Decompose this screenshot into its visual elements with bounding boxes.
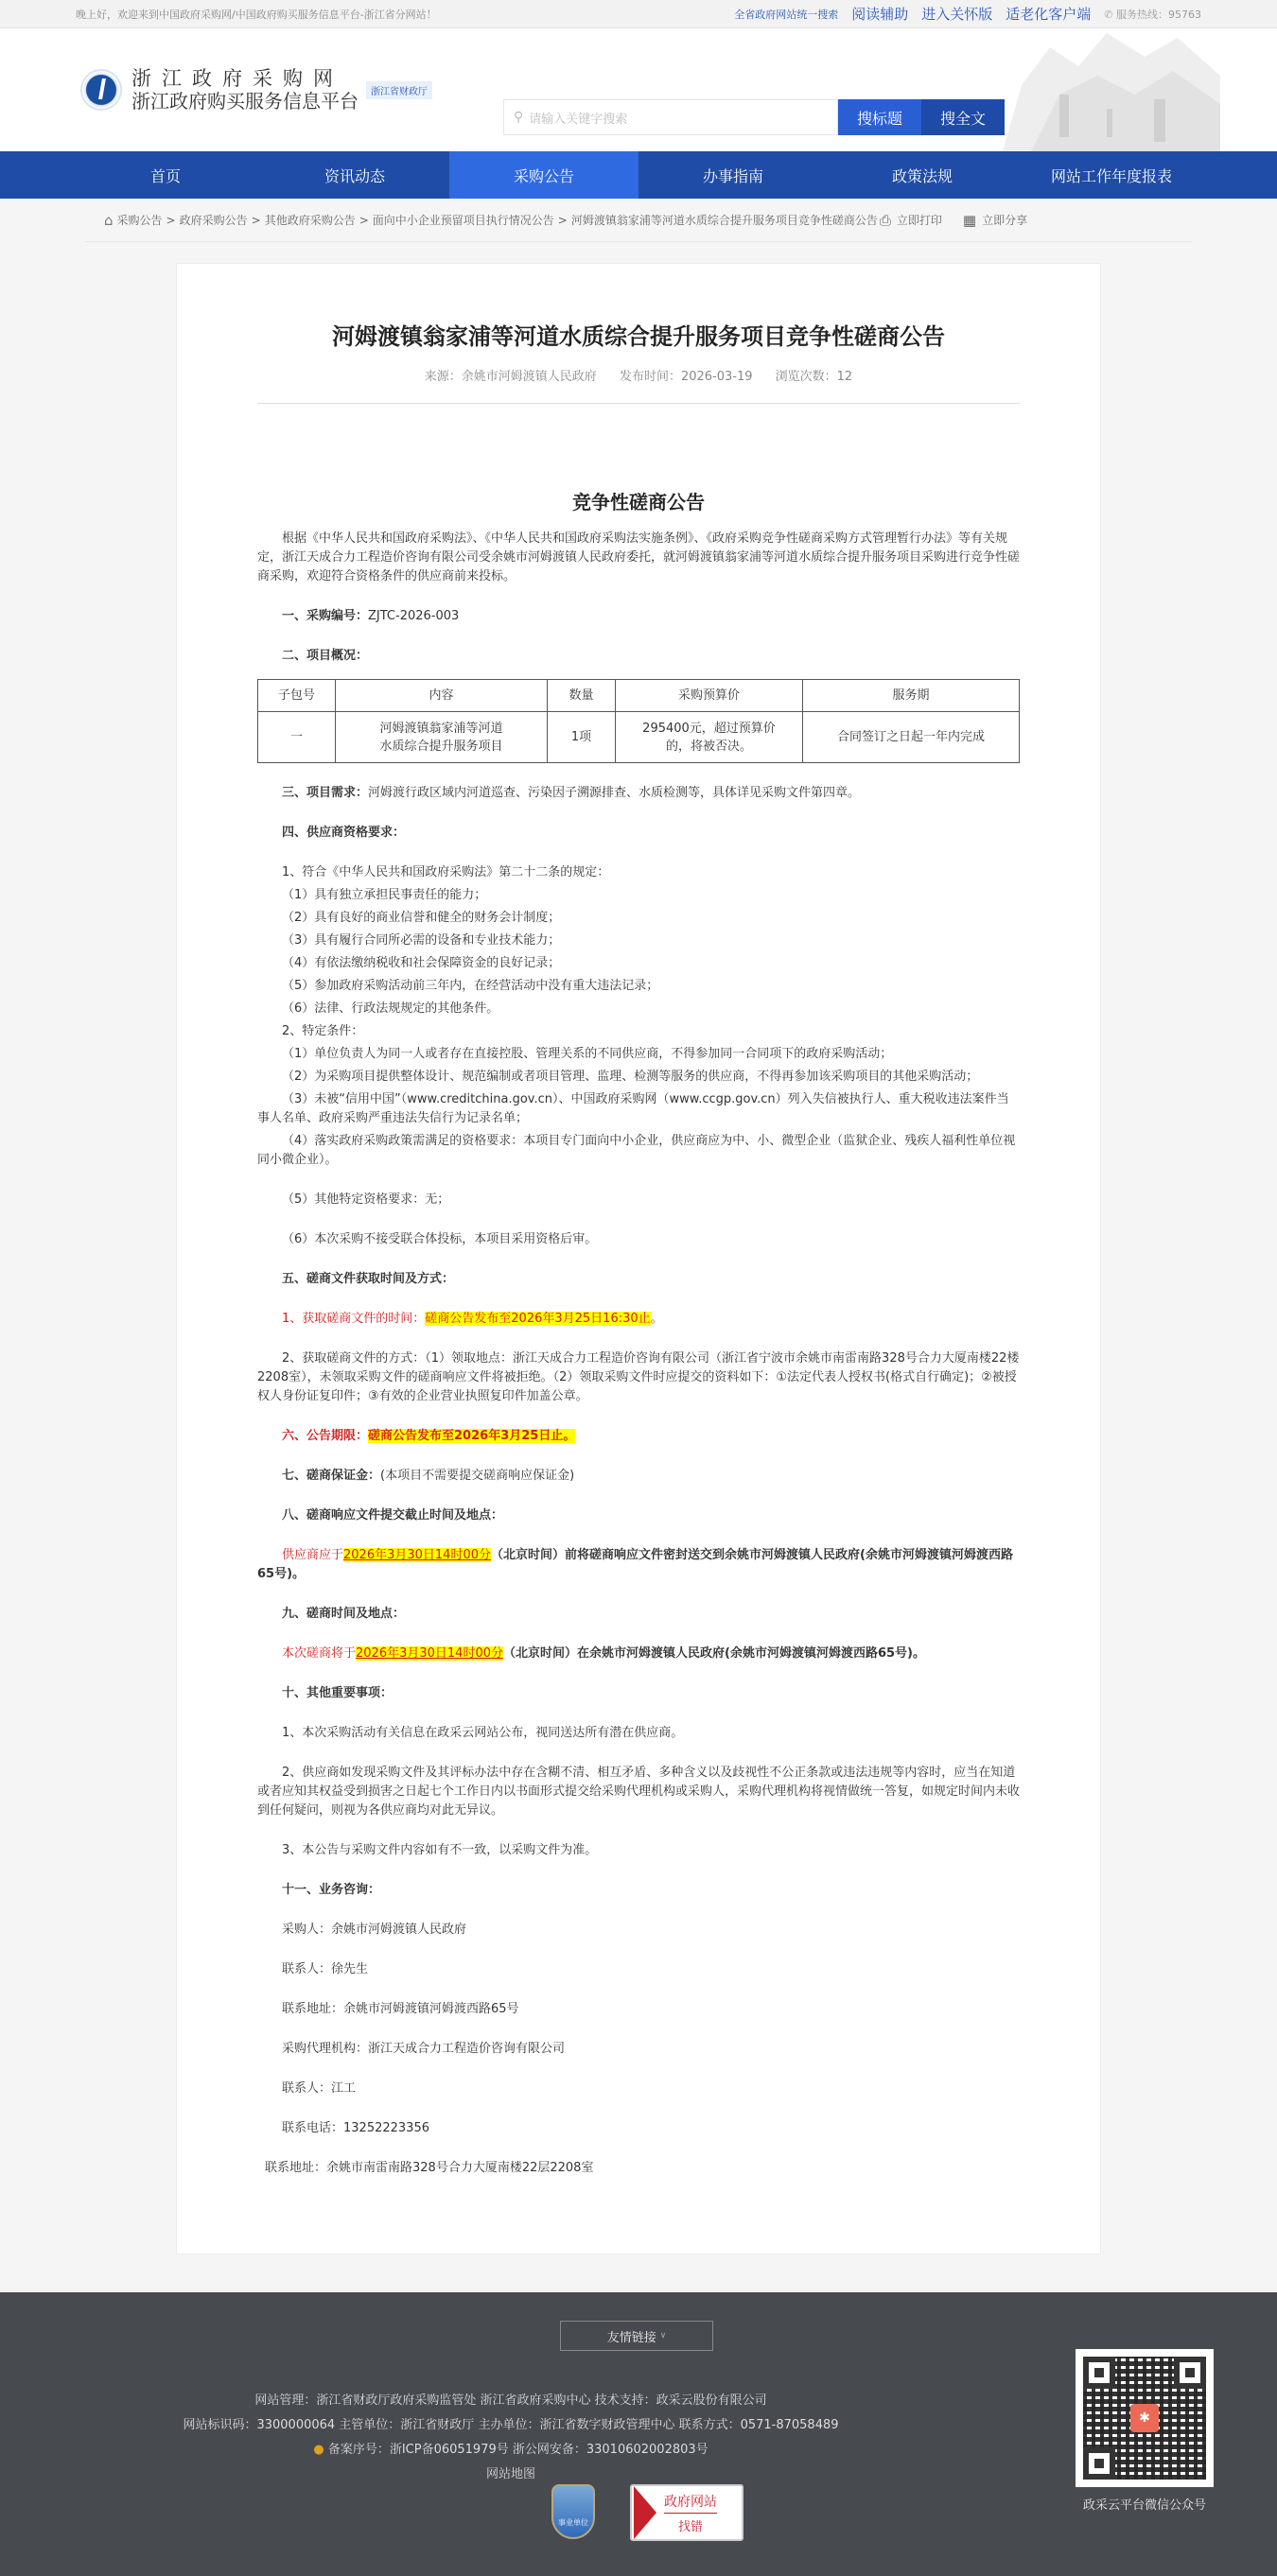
article-meta: 来源：余姚市河姆渡镇人民政府 发布时间：2026-03-19 浏览次数：12 [257, 366, 1020, 404]
nav-procurement[interactable]: 采购公告 [449, 151, 638, 199]
province-search-link[interactable]: 全省政府网站统一搜索 [734, 7, 838, 22]
qr-label: 政采云平台微信公众号 [1059, 2495, 1230, 2513]
nav-annual-report[interactable]: 网站工作年度报表 [1017, 151, 1206, 199]
section-qualification-heading: 四、供应商资格要求： [257, 824, 1020, 843]
magnifier-icon [634, 2486, 656, 2539]
list-item: （1）单位负责人为同一人或者存在直接控股、管理关系的不同供应商，不得参加同一合同… [257, 1045, 1020, 1064]
table-row: 一 河姆渡镇翁家浦等河道水质综合提升服务项目 1项 295400元，超过预算价的… [258, 712, 1020, 763]
table-header: 子包号 [258, 680, 336, 712]
table-cell: 合同签订之日起一年内完成 [803, 712, 1020, 763]
nav-home[interactable]: 首页 [71, 151, 260, 199]
print-button[interactable]: ⎙立即打印 [880, 212, 942, 229]
table-header-row: 子包号 内容 数量 采购预算价 服务期 [258, 680, 1020, 712]
home-icon[interactable]: ⌂ [104, 212, 114, 229]
special-conditions-heading: 2、特定条件： [257, 1022, 1020, 1041]
footer-info: 网站管理：浙江省财政厅政府采购监管处 浙江省政府采购中心 技术支持：政采云股份有… [0, 2389, 1022, 2487]
table-header: 采购预算价 [616, 680, 803, 712]
table-cell: 一 [258, 712, 336, 763]
section-overview-heading: 二、项目概况： [257, 647, 1020, 666]
list-item: 3、本公告与采购文件内容如有不一致，以采购文件为准。 [257, 1841, 1020, 1860]
intro-paragraph: 根据《中华人民共和国政府采购法》、《中华人民共和国政府采购法实施条例》、《政府采… [257, 530, 1020, 586]
friend-links-dropdown[interactable]: 友情链接∨ [560, 2321, 713, 2351]
site-footer: 友情链接∨ 网站管理：浙江省财政厅政府采购监管处 浙江省政府采购中心 技术支持：… [0, 2292, 1277, 2576]
top-bar: 晚上好，欢迎来到中国政府采购网/中国政府购买服务信息平台-浙江省分网站！ 全省政… [0, 0, 1277, 28]
nav-news[interactable]: 资讯动态 [260, 151, 449, 199]
list-item: （4）有依法缴纳税收和社会保障资金的良好记录； [282, 954, 1020, 973]
main-nav: 首页 资讯动态 采购公告 办事指南 政策法规 网站工作年度报表 [0, 151, 1277, 199]
list-item: （1）具有独立承担民事责任的能力； [282, 886, 1020, 905]
list-item: （2）具有良好的商业信誉和健全的财务会计制度； [282, 909, 1020, 928]
section-other-matters-heading: 十、其他重要事项： [257, 1684, 1020, 1703]
table-header: 服务期 [803, 680, 1020, 712]
breadcrumb-separator: > [166, 214, 176, 227]
search-input[interactable]: ⚲ 请输入关键字搜索 [503, 99, 838, 135]
qr-code-icon: ✱ [1083, 2357, 1206, 2480]
section-document-acquisition-heading: 五、磋商文件获取时间及方式： [257, 1270, 1020, 1289]
breadcrumb-item[interactable]: 政府采购公告 [180, 212, 248, 228]
logo-subtitle: 浙江政府购买服务信息平台 [131, 90, 359, 113]
section-requirements: 三、项目需求：河姆渡行政区域内河道巡查、污染因子溯源排查、水质检测等，具体详见采… [257, 784, 1020, 803]
contact-line: 联系地址：余姚市河姆渡镇河姆渡西路65号 [257, 2000, 1020, 2019]
submission-details: 供应商应于2026年3月30日14时00分（北京时间）前将磋商响应文件密封送交到… [257, 1546, 1020, 1584]
breadcrumb: ⌂ 采购公告> 政府采购公告> 其他政府采购公告> 面向中小企业预留项目执行情况… [85, 199, 1192, 242]
breadcrumb-separator: > [558, 214, 568, 227]
police-emblem-icon: ● [313, 2443, 324, 2457]
list-item: （2）为采购项目提供整体设计、规范编制或者项目管理、监理、检测等服务的供应商，不… [257, 1068, 1020, 1087]
general-conditions-list: （1）具有独立承担民事责任的能力； （2）具有良好的商业信誉和健全的财务会计制度… [257, 886, 1020, 1018]
article-source: 来源：余姚市河姆渡镇人民政府 [425, 370, 597, 384]
share-button[interactable]: ▦立即分享 [963, 212, 1027, 229]
breadcrumb-item[interactable]: 采购公告 [117, 212, 163, 228]
search-fulltext-button[interactable]: 搜全文 [921, 99, 1005, 135]
article-actions: ⎙立即打印 ▦立即分享 [880, 212, 1027, 229]
section-deposit: 七、磋商保证金：(本项目不需要提交磋商响应保证金) [257, 1467, 1020, 1486]
logo-title: 浙江政府采购网 [131, 67, 359, 90]
article-card: 河姆渡镇翁家浦等河道水质综合提升服务项目竞争性磋商公告 来源：余姚市河姆渡镇人民… [176, 263, 1101, 2254]
section-negotiation-heading: 九、磋商时间及地点： [257, 1605, 1020, 1624]
emblem-icon [80, 69, 122, 111]
public-institution-badge[interactable]: 事业单位 [551, 2484, 595, 2539]
gov-site-error-report-badge[interactable]: 政府网站 找错 [630, 2484, 743, 2541]
acquisition-method: 2、获取磋商文件的方式：（1）领取地点：浙江天成合力工程造价咨询有限公司（浙江省… [257, 1349, 1020, 1406]
breadcrumb-item[interactable]: 其他政府采购公告 [265, 212, 356, 228]
mountain-decoration-icon [1003, 28, 1220, 151]
breadcrumb-separator: > [359, 214, 369, 227]
qr-code-icon: ▦ [963, 212, 976, 229]
hotline: ✆ 服务热线：95763 [1104, 7, 1201, 22]
reading-assist-link[interactable]: 阅读辅助 [851, 4, 908, 24]
table-cell: 1项 [548, 712, 616, 763]
section-consultation-heading: 十一、业务咨询： [257, 1881, 1020, 1900]
article-views: 浏览次数：12 [776, 370, 853, 384]
nav-policy[interactable]: 政策法规 [828, 151, 1017, 199]
list-item: （3）未被“信用中国”（www.creditchina.gov.cn）、中国政府… [257, 1090, 1020, 1128]
article-publish-time: 发布时间：2026-03-19 [620, 370, 753, 384]
section-procurement-number: 一、采购编号：ZJTC-2026-003 [257, 607, 1020, 626]
top-links: 全省政府网站统一搜索 阅读辅助 进入关怀版 适老化客户端 ✆ 服务热线：9576… [734, 4, 1201, 24]
list-item: 1、本次采购活动有关信息在政采云网站公布，视同送达所有潜在供应商。 [257, 1724, 1020, 1743]
negotiation-details: 本次磋商将于2026年3月30日14时00分（北京时间）在余姚市河姆渡镇人民政府… [257, 1645, 1020, 1663]
footer-site-id: 网站标识码：3300000064 主管单位：浙江省财政厅 主办单位：浙江省数字财… [0, 2413, 1022, 2438]
zcy-logo-icon: ✱ [1130, 2404, 1159, 2432]
elderly-client-link[interactable]: 适老化客户端 [1006, 4, 1091, 24]
care-version-link[interactable]: 进入关怀版 [921, 4, 992, 24]
table-cell: 295400元，超过预算价的，将被否决。 [616, 712, 803, 763]
table-header: 数量 [548, 680, 616, 712]
footer-management: 网站管理：浙江省财政厅政府采购监管处 浙江省政府采购中心 技术支持：政采云股份有… [0, 2389, 1022, 2413]
site-logo[interactable]: 浙江政府采购网 浙江政府购买服务信息平台 浙江省财政厅 [80, 67, 432, 113]
section-notice-period: 六、公告期限：磋商公告发布至2026年3月25日止。 [257, 1427, 1020, 1446]
section-submission-heading: 八、磋商响应文件提交截止时间及地点： [257, 1506, 1020, 1525]
list-item: 2、供应商如发现采购文件及其评标办法中存在含糊不清、相互矛盾、多种含义以及歧视性… [257, 1764, 1020, 1820]
printer-icon: ⎙ [880, 212, 891, 229]
contact-line: 联系地址：余姚市南雷南路328号合力大厦南楼22层2208室 [257, 2159, 1020, 2178]
article-title: 河姆渡镇翁家浦等河道水质综合提升服务项目竞争性磋商公告 [257, 264, 1020, 351]
contact-line: 采购代理机构：浙江天成合力工程造价咨询有限公司 [257, 2040, 1020, 2059]
footer-icp: ● 备案序号：浙ICP备06051979号 浙公网安备：330106020028… [0, 2438, 1022, 2463]
list-item: （3）具有履行合同所必需的设备和专业技术能力； [282, 931, 1020, 950]
search-title-button[interactable]: 搜标题 [838, 99, 921, 135]
contact-line: 联系电话：13252223356 [257, 2119, 1020, 2138]
general-conditions-heading: 1、符合《中华人民共和国政府采购法》第二十二条的规定： [257, 863, 1020, 882]
search-bar: ⚲ 请输入关键字搜索 搜标题 搜全文 [503, 99, 1005, 135]
wechat-qr-code: ✱ [1076, 2349, 1214, 2487]
welcome-text: 晚上好，欢迎来到中国政府采购网/中国政府购买服务信息平台-浙江省分网站！ [76, 7, 437, 22]
contact-line: 采购人：余姚市河姆渡镇人民政府 [257, 1921, 1020, 1940]
acquisition-time: 1、获取磋商文件的时间：磋商公告发布至2026年3月25日16:30止。 [257, 1310, 1020, 1329]
sitemap-link[interactable]: 网站地图 [0, 2463, 1022, 2487]
search-placeholder: 请输入关键字搜索 [529, 109, 627, 127]
breadcrumb-current: 河姆渡镇翁家浦等河道水质综合提升服务项目竞争性磋商公告 [571, 212, 878, 228]
list-item: （6）法律、行政法规规定的其他条件。 [282, 1000, 1020, 1018]
table-cell: 河姆渡镇翁家浦等河道水质综合提升服务项目 [336, 712, 548, 763]
contact-line: 联系人：徐先生 [257, 1960, 1020, 1979]
nav-guide[interactable]: 办事指南 [638, 151, 828, 199]
site-header: 浙江政府采购网 浙江政府购买服务信息平台 浙江省财政厅 ⚲ 请输入关键字搜索 搜… [0, 28, 1277, 151]
breadcrumb-item[interactable]: 面向中小企业预留项目执行情况公告 [373, 212, 554, 228]
contact-line: 联系人：江工 [257, 2080, 1020, 2098]
table-header: 内容 [336, 680, 548, 712]
phone-icon: ✆ [1104, 9, 1116, 21]
breadcrumb-separator: > [252, 214, 261, 227]
list-item: （6）本次采购不接受联合体投标，本项目采用资格后审。 [257, 1230, 1020, 1249]
list-item: （4）落实政府采购政策需满足的资格要求：本项目专门面向中小企业，供应商应为中、小… [257, 1132, 1020, 1170]
lots-table: 子包号 内容 数量 采购预算价 服务期 一 河姆渡镇翁家浦等河道水质综合提升服务… [257, 679, 1020, 763]
list-item: （5）其他特定资格要求：无； [257, 1191, 1020, 1210]
chevron-down-icon: ∨ [660, 2331, 667, 2341]
logo-badge: 浙江省财政厅 [366, 81, 432, 99]
document-title: 竞争性磋商公告 [257, 487, 1020, 514]
search-icon: ⚲ [514, 110, 523, 125]
list-item: （5）参加政府采购活动前三年内，在经营活动中没有重大违法记录； [282, 977, 1020, 996]
